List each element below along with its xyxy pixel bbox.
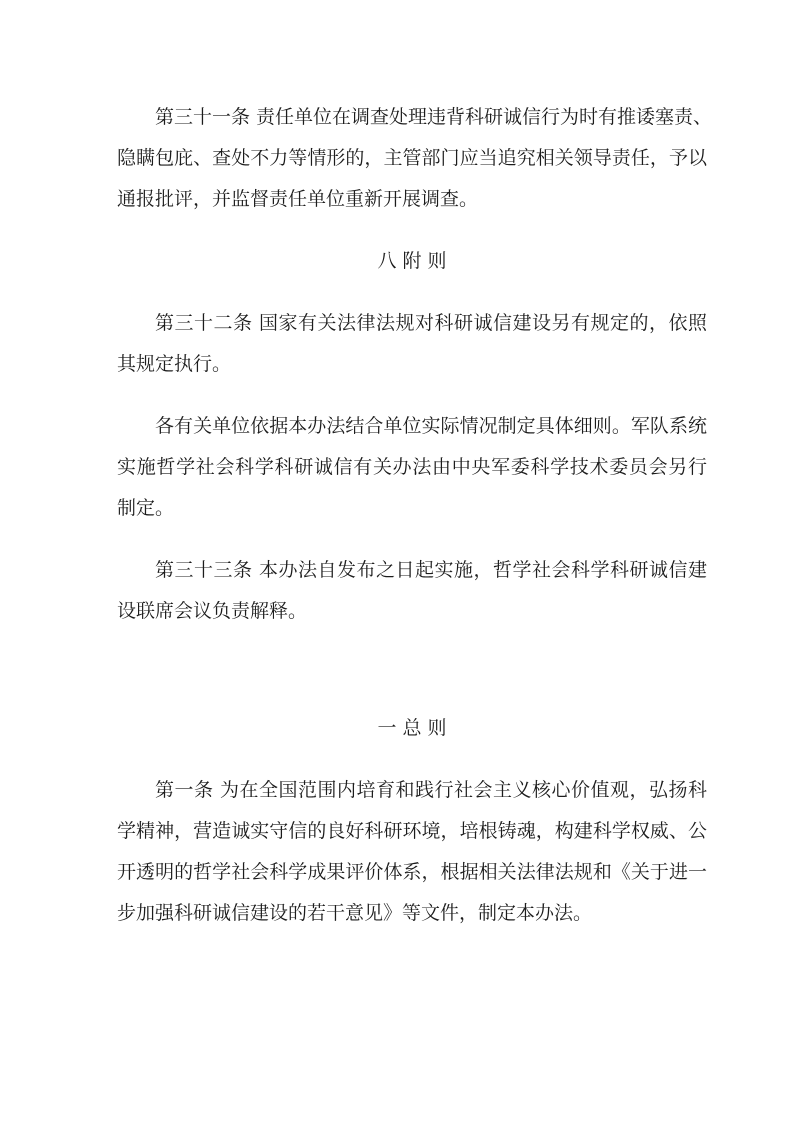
- paragraph-line: 通报批评，并监督责任单位重新开展调查。: [117, 179, 707, 220]
- paragraph-line: 第三十二条 国家有关法律法规对科研诚信建设另有规定的，依照: [117, 303, 707, 344]
- paragraph-line: 第三十三条 本办法自发布之日起实施，哲学社会科学科研诚信建: [117, 550, 707, 591]
- paragraph: 第三十一条 责任单位在调查处理违背科研诚信行为时有推诿塞责、隐瞒包庇、查处不力等…: [117, 97, 707, 220]
- paragraph-line: 制定。: [117, 488, 707, 529]
- document-content: 第三十一条 责任单位在调查处理违背科研诚信行为时有推诿塞责、隐瞒包庇、查处不力等…: [117, 97, 707, 934]
- paragraph-line: 第一条 为在全国范围内培育和践行社会主义核心价值观，弘扬科: [117, 770, 707, 811]
- paragraph-line: 设联席会议负责解释。: [117, 591, 707, 632]
- paragraph-line: 学精神，营造诚实守信的良好科研环境，培根铸魂，构建科学权威、公: [117, 811, 707, 852]
- paragraph: 各有关单位依据本办法结合单位实际情况制定具体细则。军队系统实施哲学社会科学科研诚…: [117, 406, 707, 529]
- paragraph-line: 开透明的哲学社会科学成果评价体系，根据相关法律法规和《关于进一: [117, 852, 707, 893]
- document-page: 第三十一条 责任单位在调查处理违背科研诚信行为时有推诿塞责、隐瞒包庇、查处不力等…: [0, 0, 793, 1122]
- paragraph-line: 第三十一条 责任单位在调查处理违背科研诚信行为时有推诿塞责、: [117, 97, 707, 138]
- paragraph-line: 步加强科研诚信建设的若干意见》等文件，制定本办法。: [117, 893, 707, 934]
- paragraph-line: 实施哲学社会科学科研诚信有关办法由中央军委科学技术委员会另行: [117, 447, 707, 488]
- blank-line: [117, 653, 707, 687]
- paragraph-line: 隐瞒包庇、查处不力等情形的，主管部门应当追究相关领导责任，予以: [117, 138, 707, 179]
- paragraph: 第一条 为在全国范围内培育和践行社会主义核心价值观，弘扬科学精神，营造诚实守信的…: [117, 770, 707, 934]
- paragraph-line: 其规定执行。: [117, 344, 707, 385]
- paragraph: 第三十三条 本办法自发布之日起实施，哲学社会科学科研诚信建设联席会议负责解释。: [117, 550, 707, 632]
- section-heading: 八 附 则: [117, 241, 707, 282]
- paragraph-line: 各有关单位依据本办法结合单位实际情况制定具体细则。军队系统: [117, 406, 707, 447]
- section-heading: 一 总 则: [117, 708, 707, 749]
- paragraph: 第三十二条 国家有关法律法规对科研诚信建设另有规定的，依照其规定执行。: [117, 303, 707, 385]
